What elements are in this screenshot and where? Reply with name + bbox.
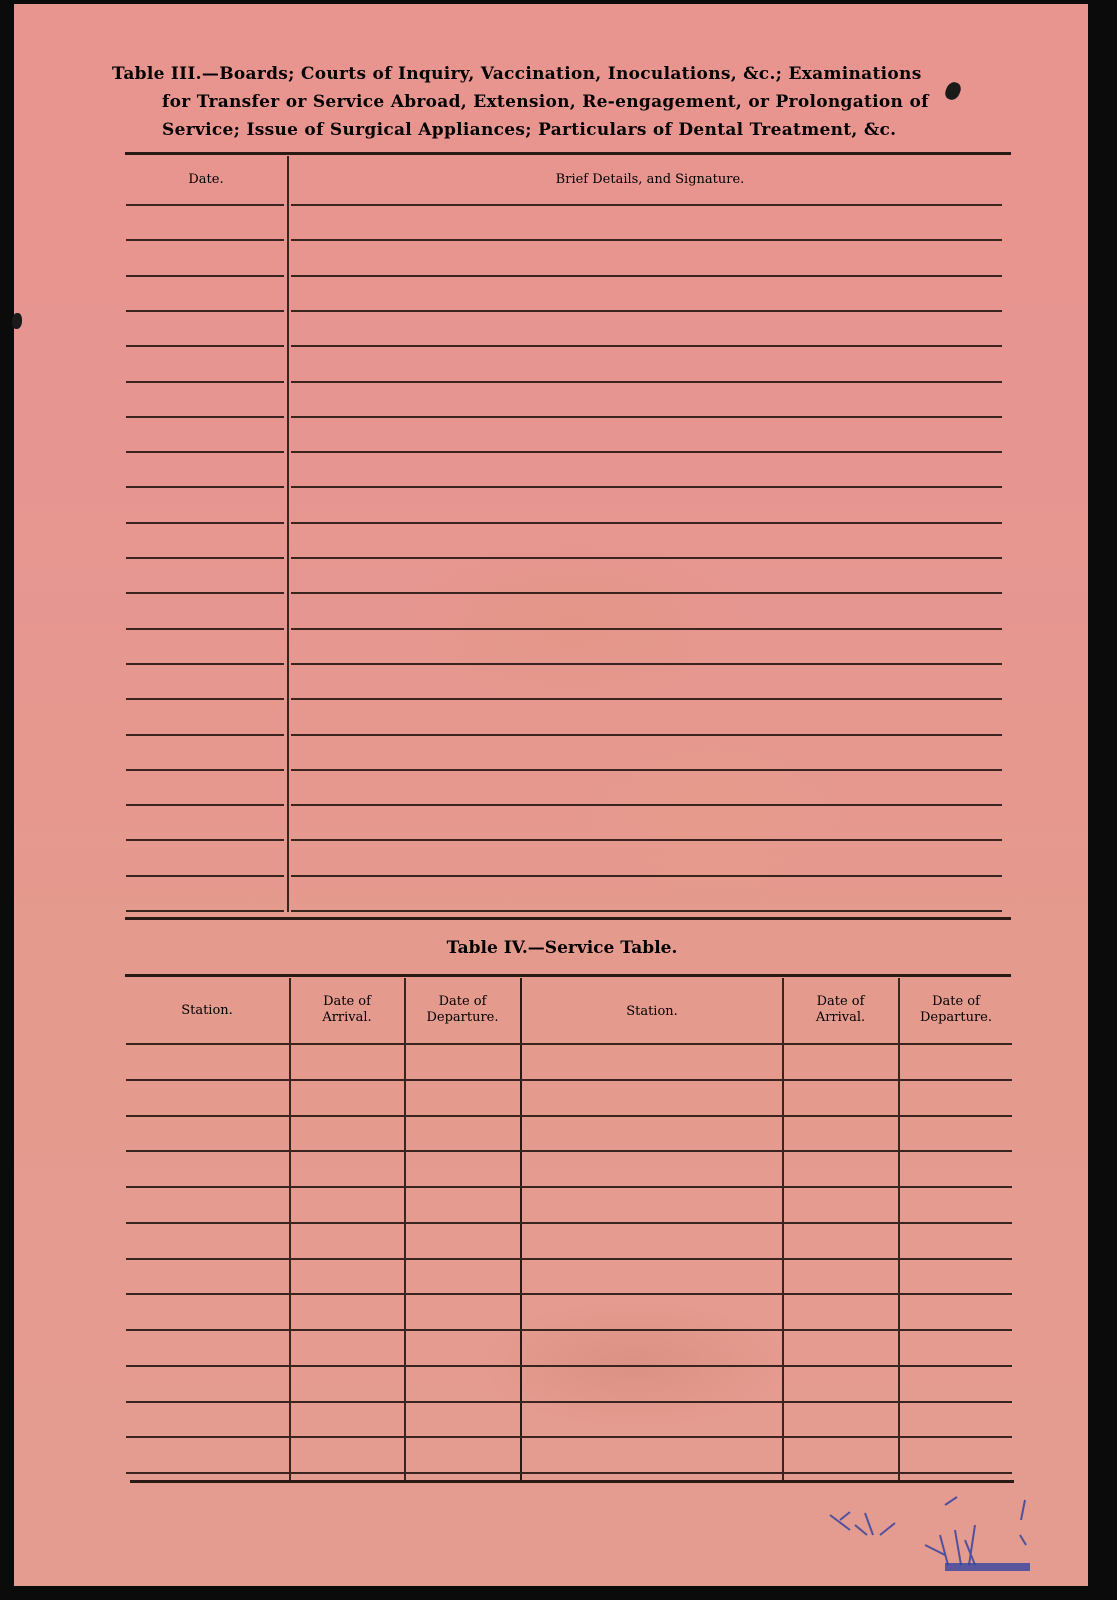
table3-row-line [291, 734, 1002, 736]
table3-row-line [126, 310, 284, 312]
table3-row-line [126, 451, 284, 453]
table4-row-line [126, 1436, 1012, 1438]
table3-title-line3: Service; Issue of Surgical Appliances; P… [112, 116, 1012, 144]
table3-row-line [291, 239, 1002, 241]
table4-row-line [126, 1079, 1012, 1081]
table3-row-line [126, 522, 284, 524]
table3-row-line [126, 381, 284, 383]
table4-header-arrival-1: Date ofArrival. [291, 994, 403, 1026]
table3-row-line [291, 769, 1002, 771]
table3-row-line [291, 592, 1002, 594]
table4-row-line [126, 1293, 1012, 1295]
table3-row-line [126, 204, 284, 206]
table4-row-line [126, 1329, 1012, 1331]
form-page [14, 4, 1088, 1586]
table3-header-date: Date. [126, 172, 286, 188]
table3-row-line [291, 204, 1002, 206]
table4-divider-4 [782, 978, 784, 1480]
ink-stamp-mark [825, 1495, 1035, 1575]
table3-row-line [126, 628, 284, 630]
table3-row-line [291, 628, 1002, 630]
table3-column-divider [287, 156, 289, 912]
table4-top-rule [125, 974, 1011, 977]
table4-row-line [126, 1258, 1012, 1260]
table3-row-line [126, 698, 284, 700]
table3-bottom-rule [125, 917, 1011, 920]
table3-title-line2: for Transfer or Service Abroad, Extensio… [112, 88, 1012, 116]
table3-row-line [291, 381, 1002, 383]
table4-header-departure-1: Date ofDeparture. [406, 994, 519, 1026]
table3-row-line [126, 345, 284, 347]
table4-row-line [126, 1472, 1012, 1474]
table3-row-line [291, 416, 1002, 418]
table4-divider-center [520, 978, 522, 1480]
table3-row-line [126, 804, 284, 806]
table3-row-line [126, 769, 284, 771]
table4-header-station-2: Station. [523, 1004, 781, 1020]
table3-top-rule [125, 152, 1011, 155]
table3-row-line [126, 734, 284, 736]
table3-row-line [126, 239, 284, 241]
table3-row-line [126, 275, 284, 277]
table4-divider-5 [898, 978, 900, 1480]
table4-row-line [126, 1043, 1012, 1045]
table3-row-line [126, 875, 284, 877]
table3-row-line [291, 451, 1002, 453]
table4-header-departure-2: Date ofDeparture. [900, 994, 1012, 1026]
table4-row-line [126, 1365, 1012, 1367]
edge-mark [12, 313, 22, 329]
table3-row-line [126, 557, 284, 559]
table4-divider-1 [289, 978, 291, 1480]
table3-row-line [291, 804, 1002, 806]
table3-row-line [291, 310, 1002, 312]
table3-row-line [291, 486, 1002, 488]
table3-row-line [126, 592, 284, 594]
table3-row-line [291, 345, 1002, 347]
table3-row-line [291, 875, 1002, 877]
table3-row-line [126, 910, 284, 912]
table4-row-line [126, 1401, 1012, 1403]
table3-row-line [291, 698, 1002, 700]
table3-row-line [291, 910, 1002, 912]
table3-title-line1: Table III.—Boards; Courts of Inquiry, Va… [112, 60, 1012, 88]
table4-row-line [126, 1150, 1012, 1152]
table4-divider-2 [404, 978, 406, 1480]
table3-row-line [126, 416, 284, 418]
table4-row-line [126, 1186, 1012, 1188]
table3-header-details: Brief Details, and Signature. [290, 172, 1010, 188]
table3-row-line [291, 557, 1002, 559]
table4-bottom-rule [130, 1480, 1014, 1483]
table4-row-line [126, 1222, 1012, 1224]
table4-header-arrival-2: Date ofArrival. [784, 994, 897, 1026]
table3-row-line [291, 839, 1002, 841]
table3-row-line [126, 839, 284, 841]
table3-title: Table III.—Boards; Courts of Inquiry, Va… [112, 60, 1012, 144]
table3-row-line [126, 663, 284, 665]
table3-row-line [291, 522, 1002, 524]
table4-title: Table IV.—Service Table. [112, 938, 1012, 958]
table3-row-line [291, 663, 1002, 665]
table3-row-line [291, 275, 1002, 277]
table4-row-line [126, 1115, 1012, 1117]
table3-row-line [126, 486, 284, 488]
table4-header-station-1: Station. [126, 1003, 288, 1019]
